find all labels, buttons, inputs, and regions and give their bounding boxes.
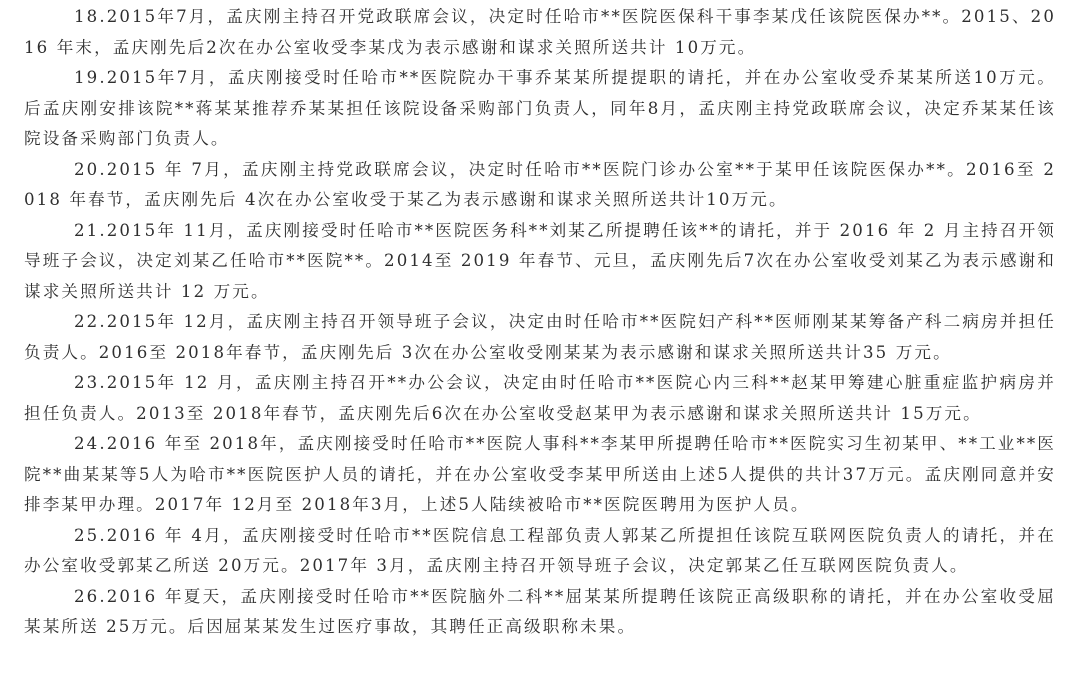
paragraph-item-18: 18.2015年7月，孟庆刚主持召开党政联席会议，决定时任哈市**医院医保科干事… [24, 2, 1056, 63]
paragraph-item-22: 22.2015年 12月，孟庆刚主持召开领导班子会议，决定由时任哈市**医院妇产… [24, 307, 1056, 368]
paragraph-item-24: 24.2016 年至 2018年，孟庆刚接受时任哈市**医院人事科**李某甲所提… [24, 429, 1056, 521]
paragraph-item-25: 25.2016 年 4月，孟庆刚接受时任哈市**医院信息工程部负责人郭某乙所提担… [24, 521, 1056, 582]
paragraph-item-21: 21.2015年 11月，孟庆刚接受时任哈市**医院医务科**刘某乙所提聘任该*… [24, 216, 1056, 308]
paragraph-item-19: 19.2015年7月，孟庆刚接受时任哈市**医院院办干事乔某某所提提职的请托，并… [24, 63, 1056, 155]
document-body: 18.2015年7月，孟庆刚主持召开党政联席会议，决定时任哈市**医院医保科干事… [0, 0, 1080, 643]
paragraph-item-20: 20.2015 年 7月，孟庆刚主持党政联席会议，决定时任哈市**医院门诊办公室… [24, 155, 1056, 216]
paragraph-item-26: 26.2016 年夏天，孟庆刚接受时任哈市**医院脑外二科**屈某某所提聘任该院… [24, 582, 1056, 643]
paragraph-item-23: 23.2015年 12 月，孟庆刚主持召开**办公会议，决定由时任哈市**医院心… [24, 368, 1056, 429]
